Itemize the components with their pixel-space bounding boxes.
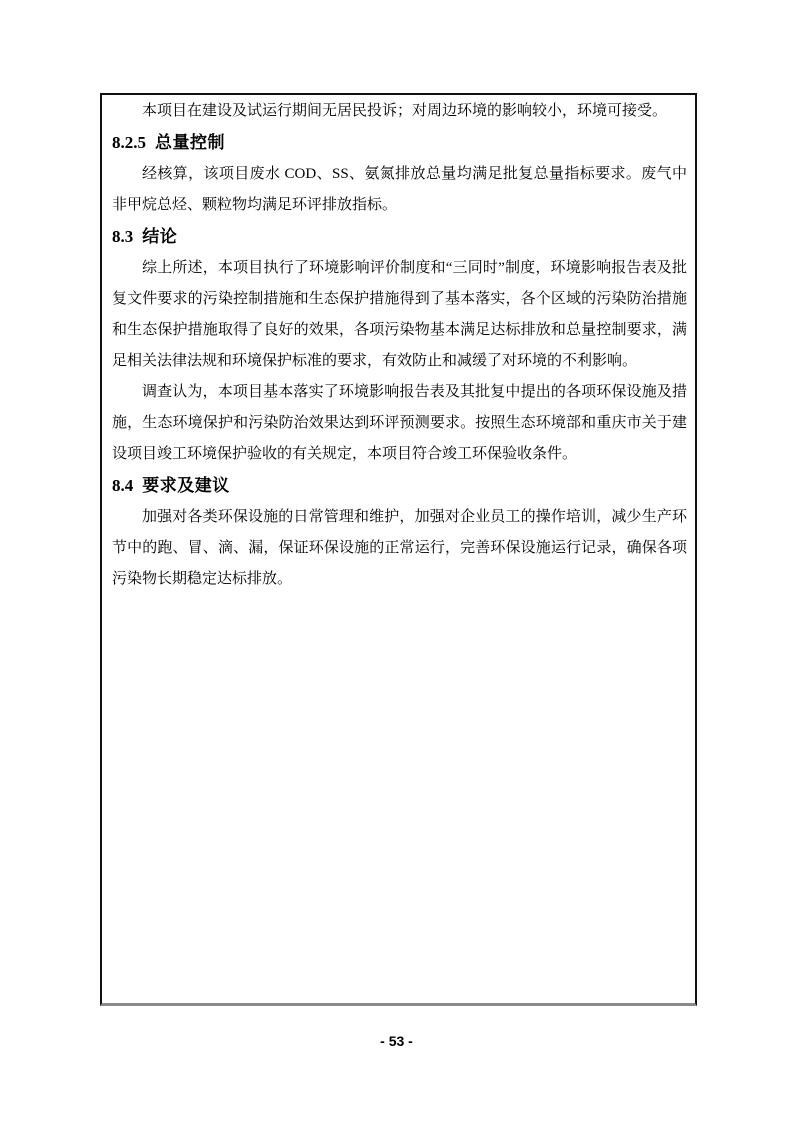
section-heading-8-2-5: 8.2.5总量控制 — [112, 127, 687, 159]
section-title: 结论 — [142, 227, 177, 247]
document-page: 本项目在建设及试运行期间无居民投诉；对周边环境的影响较小，环境可接受。 8.2.… — [0, 0, 793, 1122]
section-title: 要求及建议 — [142, 476, 230, 496]
paragraph-conclusion-investigation: 调查认为，本项目基本落实了环境影响报告表及其批复中提出的各项环保设施及措施，生态… — [112, 377, 687, 470]
section-heading-8-4: 8.4要求及建议 — [112, 470, 687, 502]
paragraph-intro-complaints: 本项目在建设及试运行期间无居民投诉；对周边环境的影响较小，环境可接受。 — [112, 96, 687, 127]
section-number: 8.3 — [112, 227, 133, 246]
section-number: 8.4 — [112, 476, 133, 495]
section-title: 总量控制 — [155, 133, 225, 153]
paragraph-conclusion-summary: 综上所述，本项目执行了环境影响评价制度和“三同时”制度，环境影响报告表及批复文件… — [112, 253, 687, 377]
section-number: 8.2.5 — [112, 133, 146, 152]
paragraph-requirements-suggestions: 加强对各类环保设施的日常管理和维护，加强对企业员工的操作培训，减少生产环节中的跑… — [112, 502, 687, 595]
paragraph-total-amount-control: 经核算，该项目废水 COD、SS、氨氮排放总量均满足批复总量指标要求。废气中非甲… — [112, 159, 687, 221]
page-number: - 53 - — [0, 1033, 793, 1049]
section-heading-8-3: 8.3结论 — [112, 221, 687, 253]
content-border-box: 本项目在建设及试运行期间无居民投诉；对周边环境的影响较小，环境可接受。 8.2.… — [100, 93, 697, 1006]
